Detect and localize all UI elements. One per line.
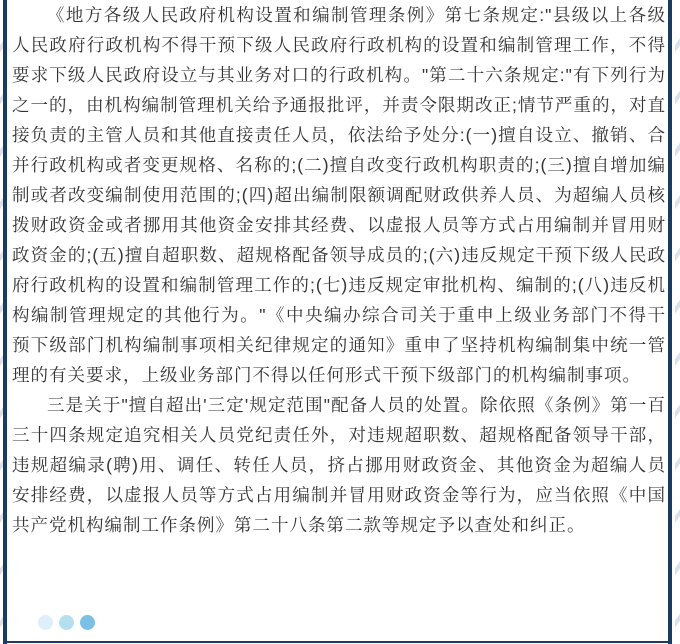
article-paragraph-1: 《地方各级人民政府机构设置和编制管理条例》第七条规定:"县级以上各级人民政府行政… <box>12 0 666 390</box>
article-body: 《地方各级人民政府机构设置和编制管理条例》第七条规定:"县级以上各级人民政府行政… <box>12 0 666 540</box>
right-border-bar <box>668 0 672 644</box>
article-page: 《地方各级人民政府机构设置和编制管理条例》第七条规定:"县级以上各级人民政府行政… <box>0 0 680 644</box>
article-paragraph-2: 三是关于"擅自超出'三定'规定范围"配备人员的处置。除依照《条例》第一百三十四条… <box>12 390 666 540</box>
right-margin-texture <box>675 0 680 644</box>
bottom-border-rule <box>3 641 672 643</box>
ellipsis-dot-2 <box>59 615 74 630</box>
ellipsis-dot-1 <box>38 615 53 630</box>
left-border-bar <box>3 0 7 644</box>
ellipsis-dots <box>38 615 95 630</box>
ellipsis-dot-3 <box>80 615 95 630</box>
